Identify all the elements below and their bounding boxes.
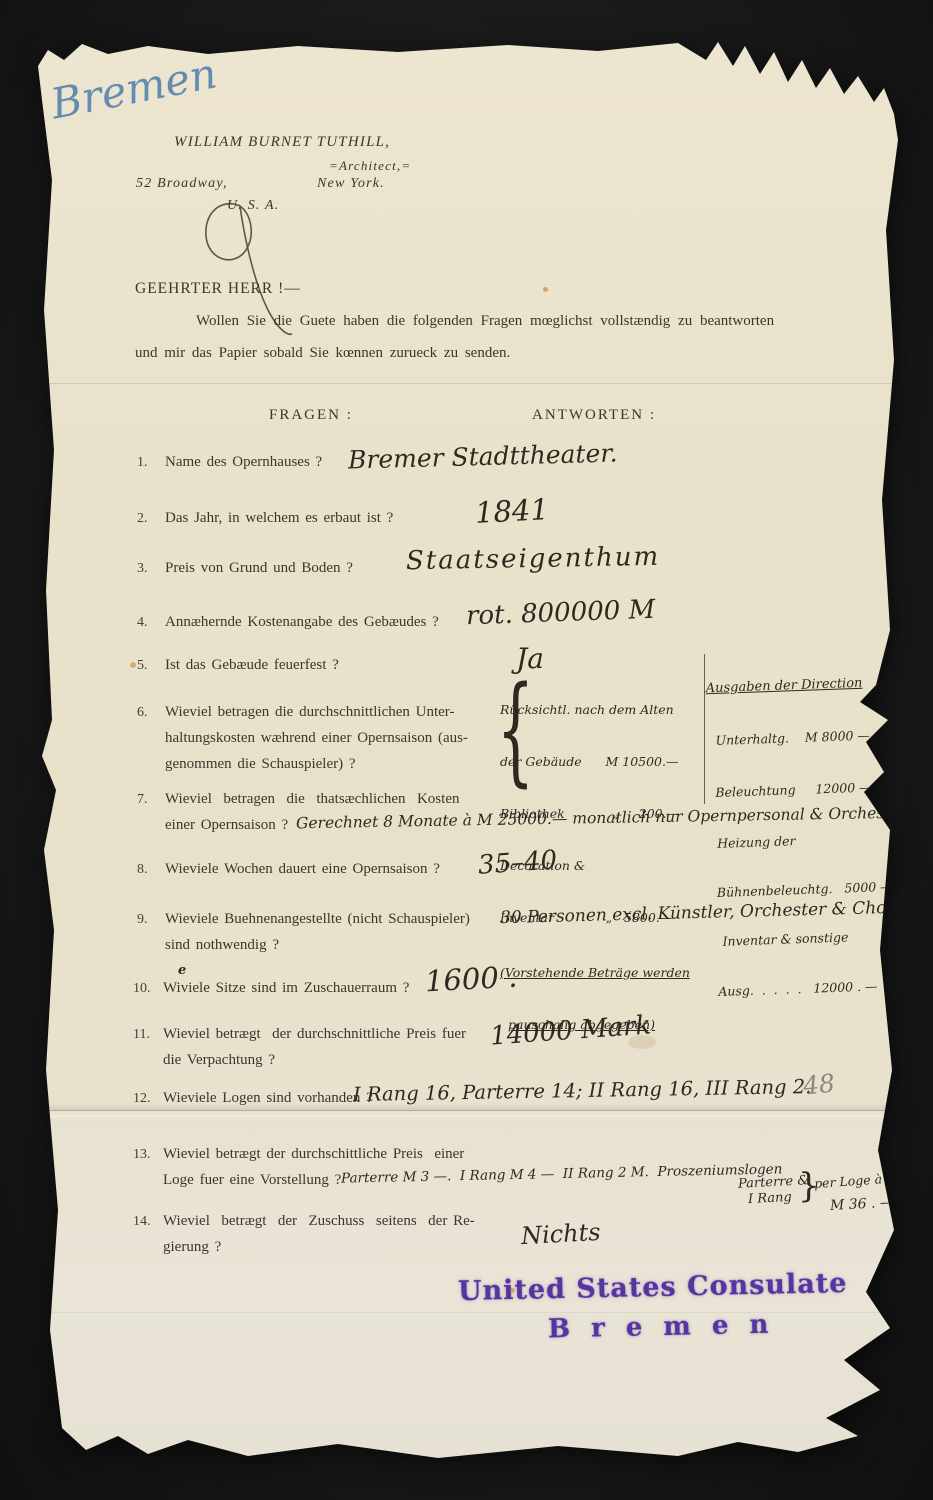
question-9-text-line-1: Wieviele Buehnenangestellte (nicht Schau…	[165, 911, 470, 928]
question-9-text-line-2: sind nothwendig ?	[165, 937, 279, 954]
margin-expenses-block: Ausgaben der Direction Unterhaltg. M 800…	[704, 639, 897, 1036]
question-8-text: Wieviele Wochen dauert eine Opernsaison …	[165, 861, 440, 878]
question-10-text: Wiviele Sitze sind im Zuschauerraum ?	[163, 980, 409, 997]
question-6-number: 6.	[137, 705, 148, 721]
answer-13-rang-label: I Rang	[748, 1190, 793, 1207]
question-11-text-line-1: Wieviel betrægt der durchschnittliche Pr…	[163, 1026, 466, 1043]
question-1-text: Name des Opernhauses ?	[165, 454, 322, 471]
answer-3: Staatseigenthum	[406, 542, 661, 576]
question-7-number: 7.	[137, 792, 148, 808]
margin-expenses-line: Ausg. . . . . 12000 . —	[718, 978, 896, 1000]
margin-expenses-line: Heizung der	[717, 831, 891, 850]
question-14-number: 14.	[133, 1214, 151, 1230]
question-4-text: Annæhernde Kostenangabe des Gebæudes ?	[165, 614, 439, 631]
paper-stain	[510, 1288, 515, 1293]
question-3-text: Preis von Grund und Boden ?	[165, 560, 353, 577]
question-14-text-line-2: gierung ?	[163, 1239, 221, 1256]
question-11-number: 11.	[133, 1027, 150, 1043]
paper-stain	[130, 662, 136, 668]
answer-2: 1841	[474, 492, 549, 530]
letterhead-title: =Architect,=	[329, 158, 411, 174]
question-6-text-line-2: haltungskosten wæhrend einer Opernsaison…	[165, 730, 468, 747]
fold-crease-top	[38, 383, 898, 385]
answer-14: Nichts	[520, 1218, 601, 1250]
margin-expenses-title: Ausgaben der Direction	[705, 675, 885, 697]
question-13-text-line-1: Wieviel betrægt der durchschittliche Pre…	[163, 1146, 464, 1163]
paper-stain	[543, 287, 548, 292]
answer-6-line: Rücksichtl. nach dem Alten	[500, 702, 690, 718]
question-12-text: Wieviele Logen sind vorhanden ?	[163, 1090, 373, 1107]
letterhead-name: WILLIAM BURNET TUTHILL,	[174, 134, 390, 151]
question-12-number: 12.	[133, 1091, 151, 1107]
answer-4: rot. 800000 M	[466, 595, 656, 632]
intro-line-2: und mir das Papier sobald Sie kœnnen zur…	[135, 345, 510, 362]
question-2-text: Das Jahr, in welchem es erbaut ist ?	[165, 510, 393, 527]
margin-expenses-line: Unterhaltg. M 8000 —	[715, 727, 887, 749]
letter-sheet: Bremen WILLIAM BURNET TUTHILL, =Architec…	[38, 30, 898, 1462]
question-6-text-line-1: Wieviel betragen die durchschnittlichen …	[165, 704, 454, 721]
intro-line-1: Wollen Sie die Guete haben die folgenden…	[196, 313, 774, 330]
scanned-document-page: { "page": {"background": "#1a1a1a", "pap…	[0, 0, 933, 1500]
question-3-number: 3.	[137, 561, 148, 577]
margin-expenses-line: Inventar & sonstige	[722, 929, 894, 948]
question-11-text-line-2: die Verpachtung ?	[163, 1052, 275, 1069]
fold-seam	[38, 1110, 898, 1115]
margin-expenses-line: Bühnenbeleuchtg. 5000 —	[717, 880, 893, 899]
answer-6-note-line-1: (Vorstehende Beträge werden	[500, 965, 690, 981]
answer-8: 35–40	[477, 845, 558, 880]
question-14-text-line-1: Wieviel betrægt der Zuschuss seitens der…	[163, 1213, 475, 1230]
answer-13-brace-note: per Loge à 6 Sitze	[814, 1168, 930, 1191]
question-6-text-line-3: genommen die Schauspieler) ?	[165, 756, 356, 773]
letterhead-city: New York.	[317, 176, 385, 192]
answer-6-line: der Gebäude M 10500.—	[500, 754, 690, 770]
question-5-text: Ist das Gebæude feuerfest ?	[165, 657, 339, 674]
question-8-number: 8.	[137, 862, 148, 878]
margin-expenses-line: Beleuchtung 12000 —	[715, 779, 889, 801]
question-4-number: 4.	[137, 615, 148, 631]
paper-background: Bremen WILLIAM BURNET TUTHILL, =Architec…	[38, 30, 898, 1462]
paper-stain	[628, 1035, 656, 1049]
question-1-number: 1.	[137, 455, 148, 471]
question-7-text-line-2: einer Opernsaison ?	[165, 817, 288, 834]
answer-10: 1600 .	[424, 960, 518, 999]
question-13-text-line-2: Loge fuer eine Vorstellung ?	[163, 1172, 341, 1189]
question-9-number: 9.	[137, 912, 148, 928]
answer-13-amount: M 36 . — .	[830, 1194, 904, 1214]
questions-column-header: FRAGEN :	[269, 407, 353, 424]
answers-column-header: ANTWORTEN :	[532, 407, 656, 424]
question-2-number: 2.	[137, 511, 148, 527]
bremen-handwritten-note: Bremen	[47, 48, 221, 128]
pencil-total-48: 48	[802, 1068, 837, 1100]
answer-12: I Rang 16, Parterre 14; II Rang 16, III …	[353, 1075, 812, 1106]
answer-1: Bremer Stadttheater.	[348, 438, 618, 474]
consulate-stamp-line-2: B r e m e n	[548, 1310, 775, 1345]
salutation: GEEHRTER HERR !—	[135, 280, 301, 298]
question-5-number: 5.	[137, 658, 148, 674]
question-10-number: 10.	[133, 981, 151, 997]
fold-crease-bottom	[38, 1312, 898, 1314]
seat-word-correction: e	[178, 963, 186, 978]
consulate-stamp-line-1: United States Consulate	[458, 1268, 848, 1307]
question-13-number: 13.	[133, 1147, 151, 1163]
question-7-text-line-1: Wieviel betragen die thatsæchlichen Kost…	[165, 791, 459, 808]
answer-13-prices: Parterre M 3 —. I Rang M 4 — II Rang 2 M…	[341, 1161, 783, 1186]
